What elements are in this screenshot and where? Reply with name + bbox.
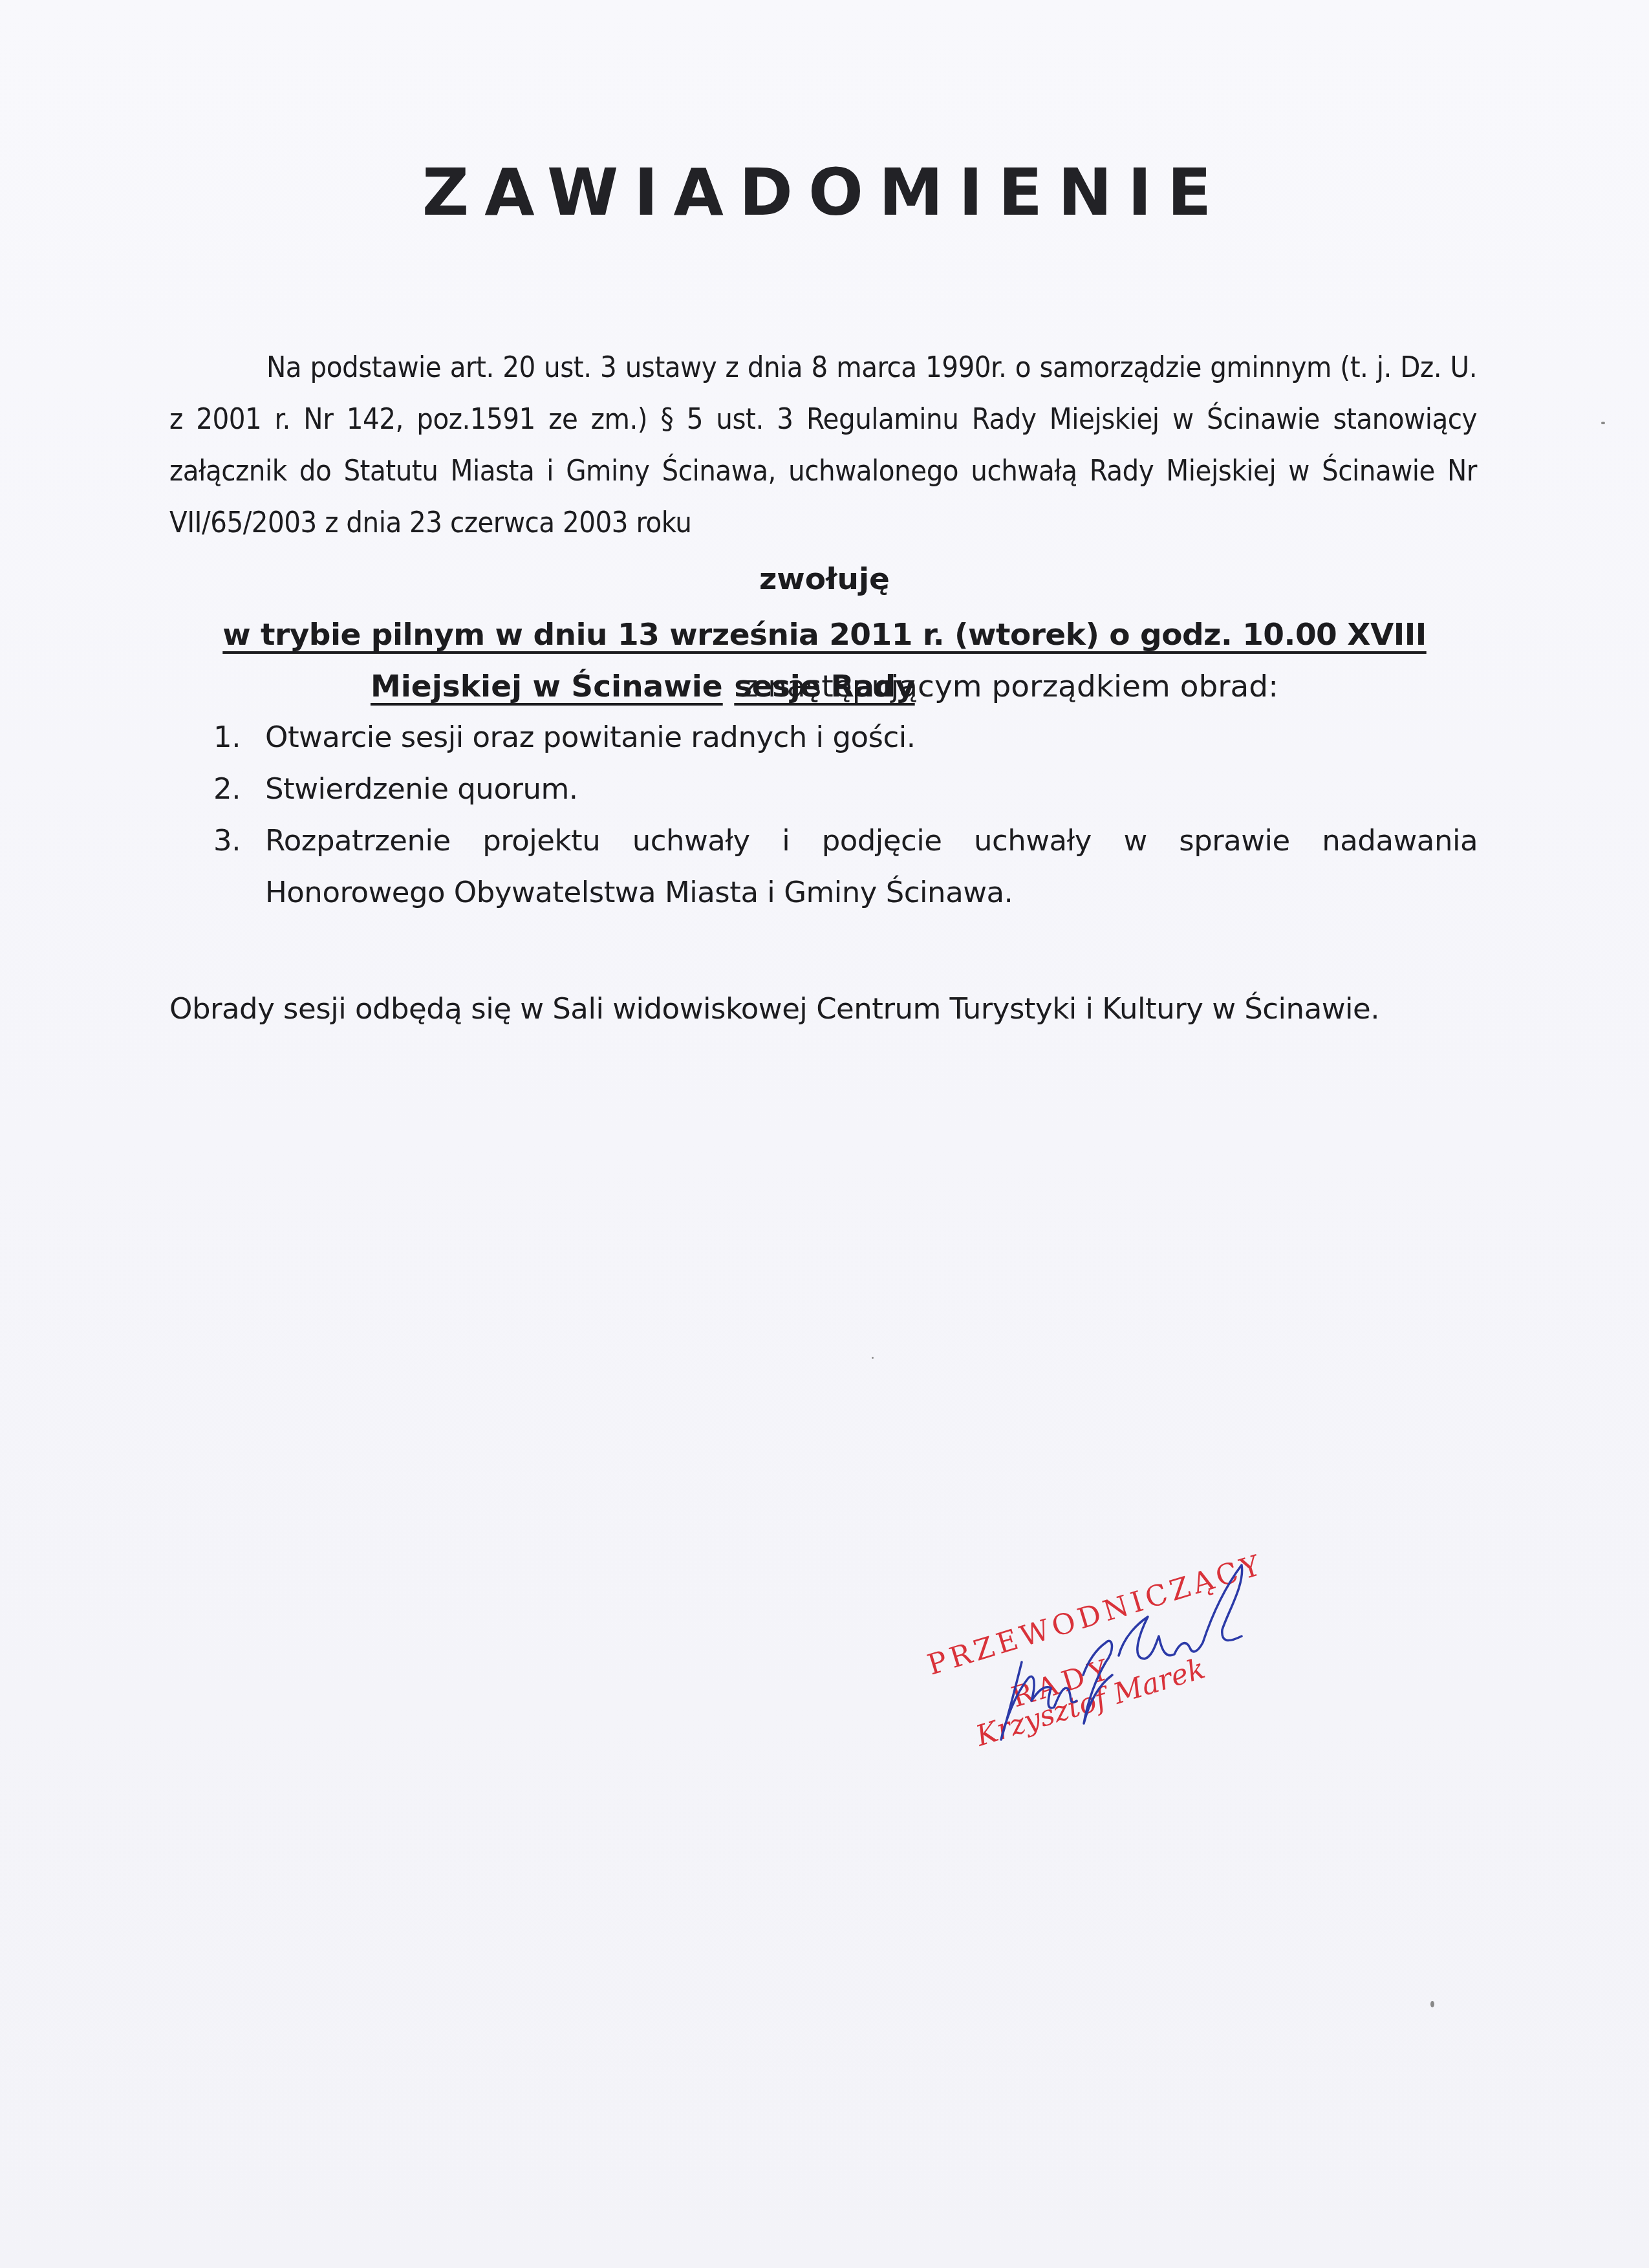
- scan-artifact: [872, 1357, 874, 1359]
- council-name: Miejskiej w Ścinawie: [371, 669, 723, 704]
- document-title: ZAWIADOMIENIE: [0, 160, 1649, 225]
- agenda-item-number: 2.: [213, 763, 241, 815]
- venue-note: Obrady sesji odbędą się w Sali widowisko…: [169, 983, 1379, 1035]
- agenda-item: 1. Otwarcie sesji oraz powitanie radnych…: [213, 711, 1478, 763]
- scan-artifact: [1601, 422, 1605, 424]
- scan-artifact: [1430, 2001, 1434, 2007]
- chairman-stamp: PRZEWODNICZĄCY RADY Krzysztof Marek: [918, 1546, 1280, 1753]
- agenda-intro: z następującym porządkiem obrad:: [742, 669, 1278, 704]
- session-council-line: Miejskiej w Ścinawie z następującym porz…: [0, 661, 1649, 713]
- agenda-item: 2. Stwierdzenie quorum.: [213, 763, 1478, 815]
- convene-word: zwołuję: [0, 554, 1649, 605]
- agenda-list: 1. Otwarcie sesji oraz powitanie radnych…: [213, 711, 1478, 918]
- agenda-item-number: 3.: [213, 815, 241, 867]
- agenda-item-text: Otwarcie sesji oraz powitanie radnych i …: [265, 720, 916, 754]
- agenda-item-number: 1.: [213, 711, 241, 763]
- stamp-and-signature-graphic: PRZEWODNICZĄCY RADY Krzysztof Marek: [918, 1546, 1280, 1753]
- document-page: ZAWIADOMIENIE Na podstawie art. 20 ust. …: [0, 0, 1649, 2268]
- agenda-item-text: Rozpatrzenie projektu uchwały i podjęcie…: [265, 823, 1478, 909]
- legal-basis-paragraph: Na podstawie art. 20 ust. 3 ustawy z dni…: [169, 341, 1477, 548]
- agenda-item-text: Stwierdzenie quorum.: [265, 772, 578, 806]
- agenda-item: 3. Rozpatrzenie projektu uchwały i podję…: [213, 815, 1478, 918]
